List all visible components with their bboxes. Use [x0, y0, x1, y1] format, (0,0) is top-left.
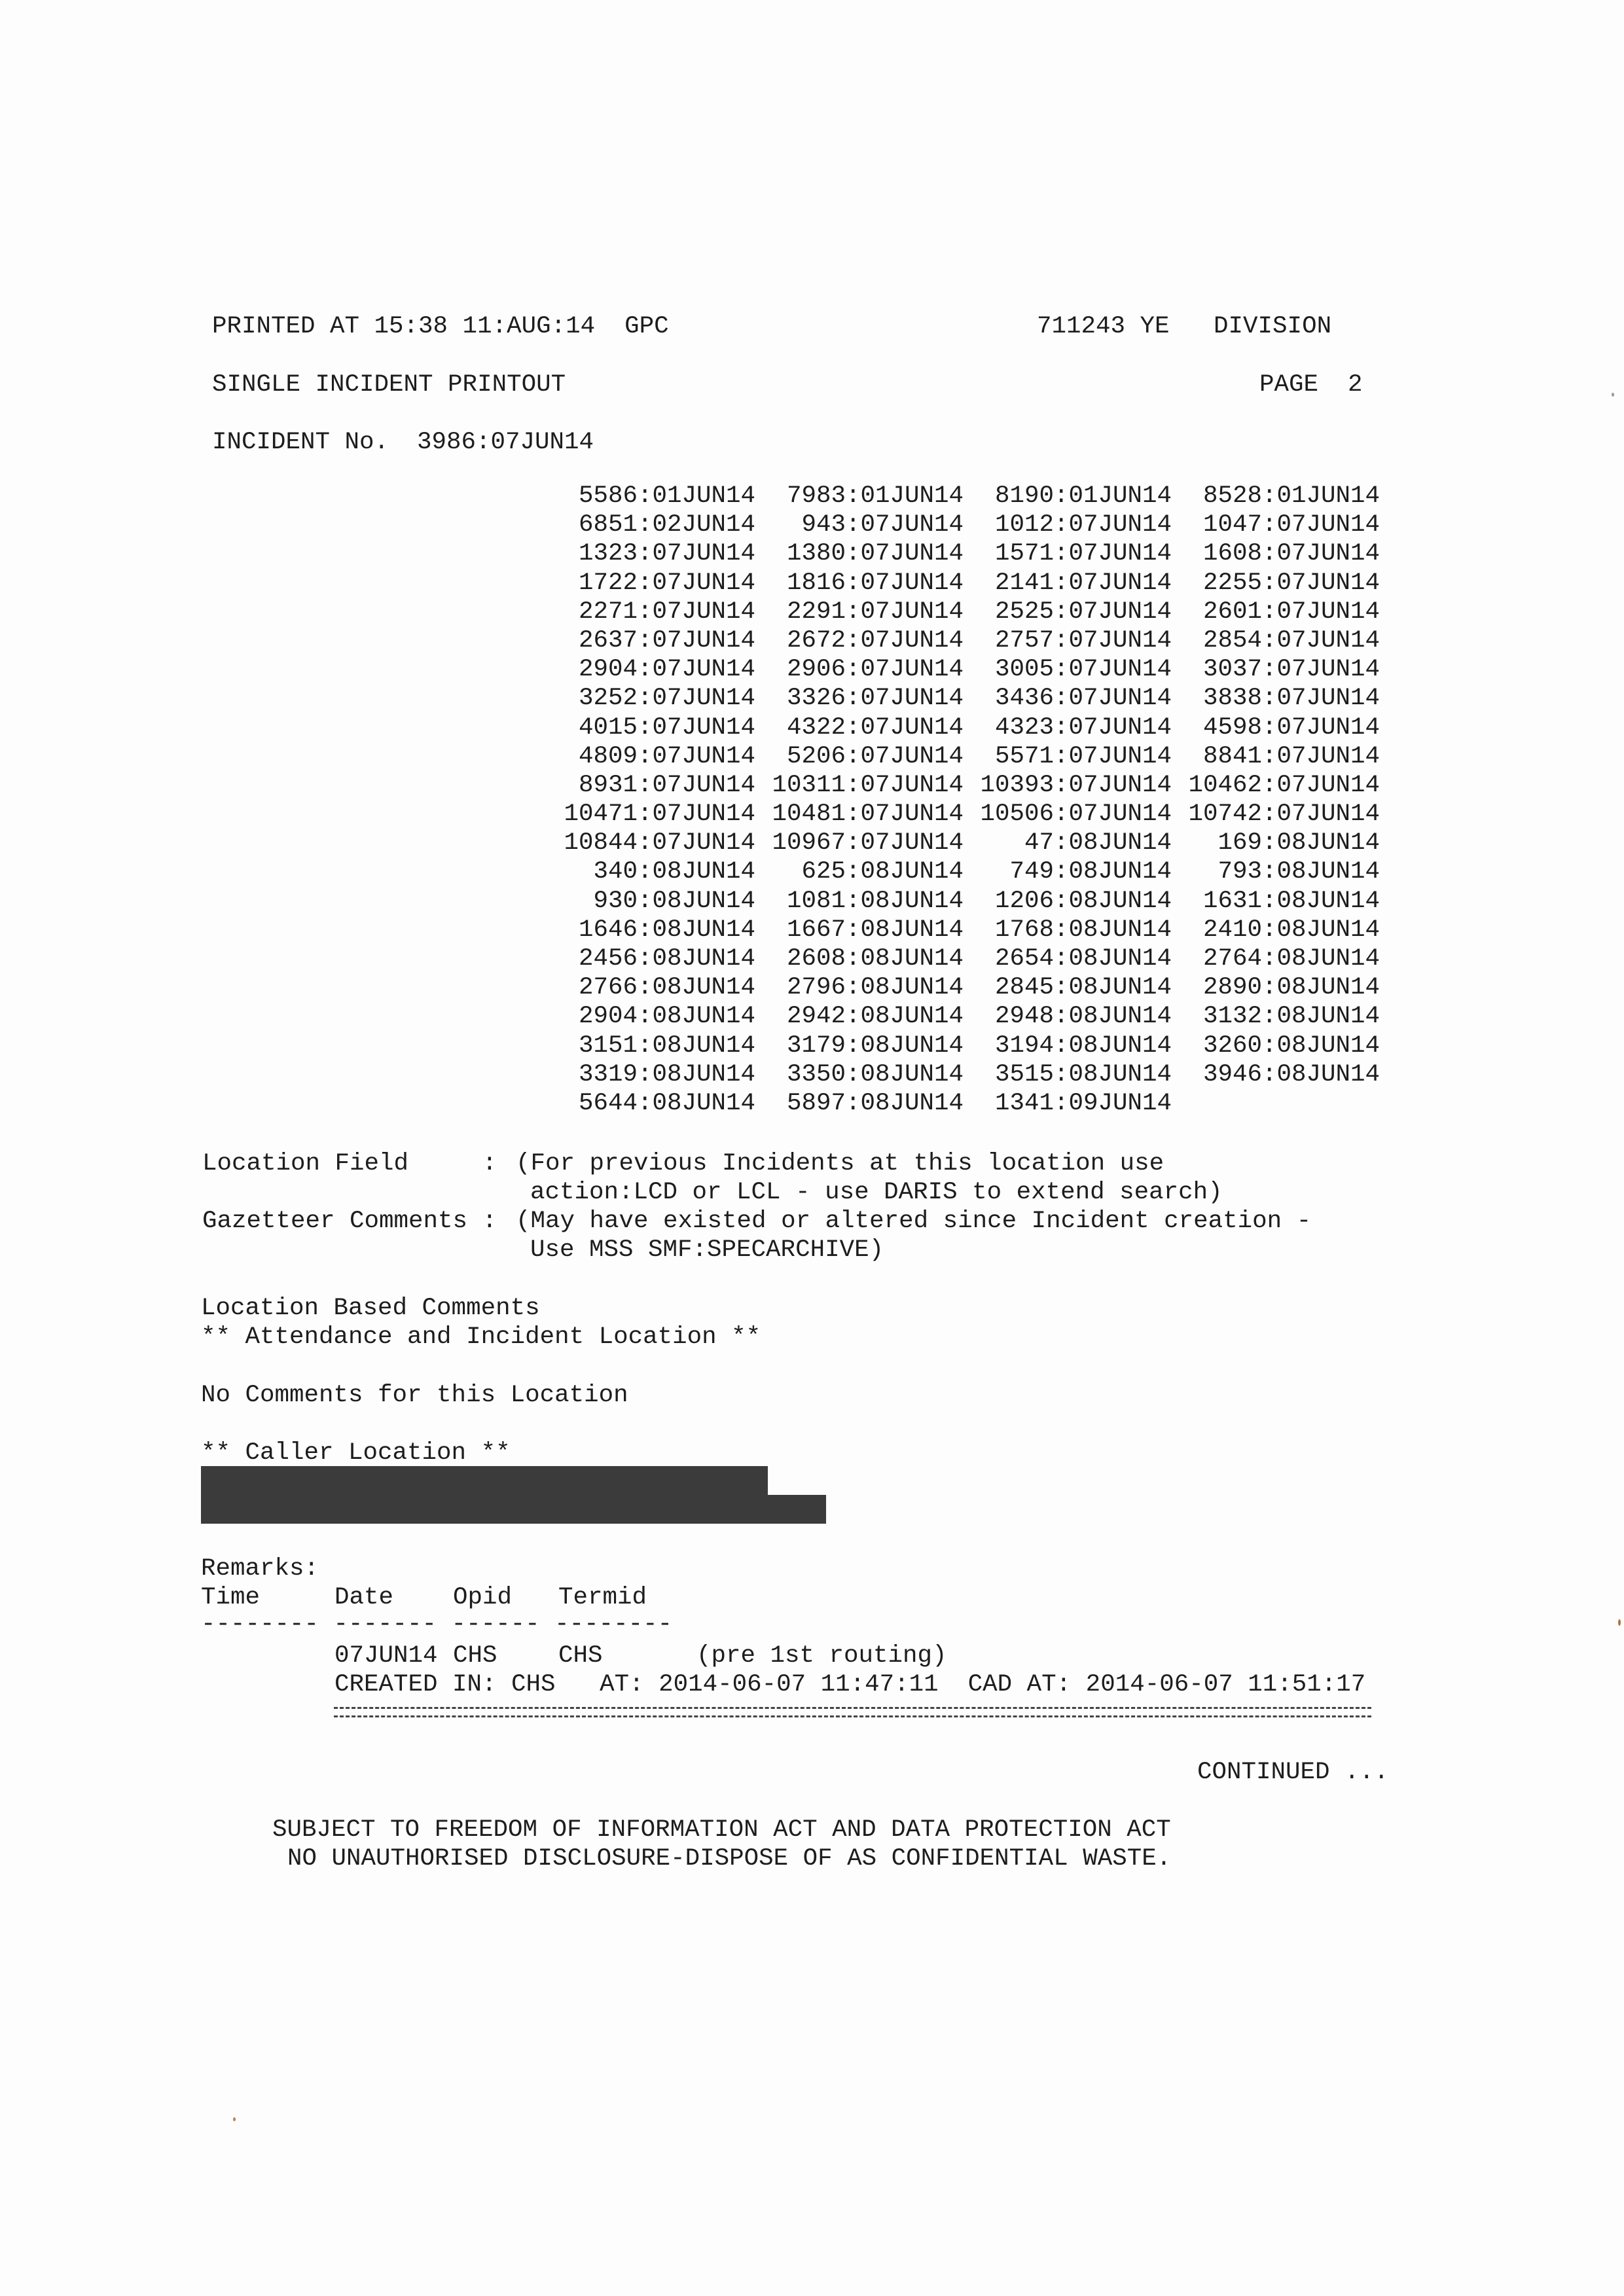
incident-reference: 8528:01JUN14 [1187, 482, 1380, 511]
remarks-col-opid: Opid [453, 1583, 512, 1612]
incident-reference: 3179:08JUN14 [770, 1031, 964, 1060]
page-number: PAGE 2 [1259, 370, 1363, 399]
incident-reference: 2766:08JUN14 [562, 973, 755, 1002]
gazetteer-label: Gazetteer Comments : [202, 1207, 497, 1236]
incident-reference: 3436:07JUN14 [979, 684, 1172, 713]
incident-reference: 930:08JUN14 [562, 887, 755, 916]
remark-opid: CHS [453, 1641, 497, 1670]
incident-reference: 2525:07JUN14 [979, 598, 1172, 626]
incident-reference: 2608:08JUN14 [770, 944, 964, 973]
gazetteer-line1: (May have existed or altered since Incid… [516, 1207, 1311, 1236]
incident-reference: 3132:08JUN14 [1187, 1002, 1380, 1031]
incident-label: INCIDENT No. [212, 428, 389, 457]
incident-reference: 1646:08JUN14 [562, 916, 755, 944]
incident-reference: 10967:07JUN14 [770, 829, 964, 857]
incident-reference: 793:08JUN14 [1187, 857, 1380, 886]
incident-grid-row: 930:08JUN141081:08JUN141206:08JUN141631:… [562, 887, 1395, 916]
incident-reference: 4809:07JUN14 [562, 742, 755, 771]
incident-reference: 8931:07JUN14 [562, 771, 755, 800]
incident-reference: 47:08JUN14 [979, 829, 1172, 857]
incident-reference: 2637:07JUN14 [562, 626, 755, 655]
incident-reference: 3350:08JUN14 [770, 1060, 964, 1089]
location-field-line2: action:LCD or LCL - use DARIS to extend … [530, 1178, 1223, 1207]
incident-grid-row: 3319:08JUN143350:08JUN143515:08JUN143946… [562, 1060, 1395, 1089]
incident-reference: 4598:07JUN14 [1187, 713, 1380, 742]
no-comments-text: No Comments for this Location [201, 1381, 628, 1410]
incident-number: 3986:07JUN14 [417, 428, 594, 457]
incident-reference: 2456:08JUN14 [562, 944, 755, 973]
incident-reference: 3326:07JUN14 [770, 684, 964, 713]
location-field-line1: (For previous Incidents at this location… [516, 1149, 1164, 1178]
incident-reference: 2255:07JUN14 [1187, 569, 1380, 598]
location-based-comments-heading: Location Based Comments [201, 1294, 540, 1323]
incident-reference: 10506:07JUN14 [979, 800, 1172, 829]
incident-grid-row: 4809:07JUN145206:07JUN145571:07JUN148841… [562, 742, 1395, 771]
remark-date: 07JUN14 [334, 1641, 438, 1670]
incident-grid-row: 1646:08JUN141667:08JUN141768:08JUN142410… [562, 916, 1395, 944]
related-incidents-grid: 5586:01JUN147983:01JUN148190:01JUN148528… [562, 482, 1395, 1118]
incident-reference: 10844:07JUN14 [562, 829, 755, 857]
incident-reference: 3838:07JUN14 [1187, 684, 1380, 713]
incident-reference: 10471:07JUN14 [562, 800, 755, 829]
incident-reference: 3515:08JUN14 [979, 1060, 1172, 1089]
gazetteer-line2: Use MSS SMF:SPECARCHIVE) [530, 1236, 884, 1265]
caller-location-heading: ** Caller Location ** [201, 1439, 511, 1467]
incident-reference: 7983:01JUN14 [770, 482, 964, 511]
continued-text: CONTINUED ... [1197, 1758, 1389, 1787]
incident-reference: 6851:02JUN14 [562, 511, 755, 539]
incident-reference: 3252:07JUN14 [562, 684, 755, 713]
incident-reference: 1816:07JUN14 [770, 569, 964, 598]
remarks-dash-line: -------- ------- ------ -------- [201, 1610, 672, 1639]
incident-reference: 4323:07JUN14 [979, 713, 1172, 742]
incident-reference: 2271:07JUN14 [562, 598, 755, 626]
incident-grid-row: 8931:07JUN1410311:07JUN1410393:07JUN1410… [562, 771, 1395, 800]
double-rule-divider [334, 1707, 1371, 1717]
scan-speck [1618, 1619, 1621, 1626]
incident-reference: 8190:01JUN14 [979, 482, 1172, 511]
incident-reference: 10462:07JUN14 [1187, 771, 1380, 800]
incident-reference: 169:08JUN14 [1187, 829, 1380, 857]
created-line: CREATED IN: CHS AT: 2014-06-07 11:47:11 … [334, 1670, 1365, 1699]
incident-reference: 2854:07JUN14 [1187, 626, 1380, 655]
incident-grid-row: 1323:07JUN141380:07JUN141571:07JUN141608… [562, 539, 1395, 568]
incident-reference: 5897:08JUN14 [770, 1089, 964, 1118]
incident-reference: 3194:08JUN14 [979, 1031, 1172, 1060]
incident-reference: 10311:07JUN14 [770, 771, 964, 800]
redacted-caller-location-tail [766, 1495, 826, 1524]
incident-reference: 2906:07JUN14 [770, 655, 964, 684]
incident-reference: 2601:07JUN14 [1187, 598, 1380, 626]
incident-reference: 2948:08JUN14 [979, 1002, 1172, 1031]
incident-grid-row: 1722:07JUN141816:07JUN142141:07JUN142255… [562, 569, 1395, 598]
incident-grid-row: 2637:07JUN142672:07JUN142757:07JUN142854… [562, 626, 1395, 655]
incident-grid-row: 340:08JUN14625:08JUN14749:08JUN14793:08J… [562, 857, 1395, 886]
remarks-col-date: Date [334, 1583, 393, 1612]
incident-reference: 2796:08JUN14 [770, 973, 964, 1002]
incident-reference: 1341:09JUN14 [979, 1089, 1172, 1118]
incident-reference: 2845:08JUN14 [979, 973, 1172, 1002]
remark-note: (pre 1st routing) [696, 1641, 947, 1670]
incident-grid-row: 3252:07JUN143326:07JUN143436:07JUN143838… [562, 684, 1395, 713]
scan-speck [1612, 393, 1614, 397]
incident-grid-row: 2904:08JUN142942:08JUN142948:08JUN143132… [562, 1002, 1395, 1031]
incident-reference: 3319:08JUN14 [562, 1060, 755, 1089]
scan-speck [233, 2117, 236, 2121]
incident-reference: 1380:07JUN14 [770, 539, 964, 568]
incident-reference: 2291:07JUN14 [770, 598, 964, 626]
incident-reference: 10481:07JUN14 [770, 800, 964, 829]
incident-reference: 2764:08JUN14 [1187, 944, 1380, 973]
incident-reference: 1012:07JUN14 [979, 511, 1172, 539]
incident-reference: 5206:07JUN14 [770, 742, 964, 771]
incident-reference: 2904:07JUN14 [562, 655, 755, 684]
document-title: SINGLE INCIDENT PRINTOUT [212, 370, 566, 399]
incident-reference: 340:08JUN14 [562, 857, 755, 886]
incident-reference: 1608:07JUN14 [1187, 539, 1380, 568]
incident-reference: 749:08JUN14 [979, 857, 1172, 886]
incident-reference: 3946:08JUN14 [1187, 1060, 1380, 1089]
document-page: PRINTED AT 15:38 11:AUG:14 GPC 711243 YE… [0, 0, 1624, 2296]
incident-grid-row: 10844:07JUN1410967:07JUN1447:08JUN14169:… [562, 829, 1395, 857]
incident-reference: 3260:08JUN14 [1187, 1031, 1380, 1060]
incident-reference: 8841:07JUN14 [1187, 742, 1380, 771]
incident-reference: 2654:08JUN14 [979, 944, 1172, 973]
remarks-label: Remarks: [201, 1554, 319, 1583]
incident-reference: 4015:07JUN14 [562, 713, 755, 742]
incident-reference: 5571:07JUN14 [979, 742, 1172, 771]
incident-reference: 1323:07JUN14 [562, 539, 755, 568]
location-field-label: Location Field : [202, 1149, 497, 1178]
remarks-col-termid: Termid [558, 1583, 647, 1612]
incident-grid-row: 10471:07JUN1410481:07JUN1410506:07JUN141… [562, 800, 1395, 829]
redacted-caller-location [201, 1466, 768, 1524]
incident-grid-row: 2456:08JUN142608:08JUN142654:08JUN142764… [562, 944, 1395, 973]
incident-reference: 10393:07JUN14 [979, 771, 1172, 800]
incident-grid-row: 6851:02JUN14943:07JUN141012:07JUN141047:… [562, 511, 1395, 539]
incident-reference: 1081:08JUN14 [770, 887, 964, 916]
incident-grid-row: 3151:08JUN143179:08JUN143194:08JUN143260… [562, 1031, 1395, 1060]
incident-reference: 2757:07JUN14 [979, 626, 1172, 655]
remarks-col-time: Time [201, 1583, 260, 1612]
remark-termid: CHS [558, 1641, 603, 1670]
printed-at: PRINTED AT 15:38 11:AUG:14 GPC [212, 312, 669, 341]
incident-grid-row: 4015:07JUN144322:07JUN144323:07JUN144598… [562, 713, 1395, 742]
division-ref: 711243 YE DIVISION [1037, 312, 1331, 341]
incident-reference: 3151:08JUN14 [562, 1031, 755, 1060]
incident-reference: 2942:08JUN14 [770, 1002, 964, 1031]
incident-reference: 1768:08JUN14 [979, 916, 1172, 944]
incident-reference: 5586:01JUN14 [562, 482, 755, 511]
incident-reference: 10742:07JUN14 [1187, 800, 1380, 829]
incident-grid-row: 2271:07JUN142291:07JUN142525:07JUN142601… [562, 598, 1395, 626]
incident-grid-row: 5644:08JUN145897:08JUN141341:09JUN14 [562, 1089, 1395, 1118]
incident-reference: 625:08JUN14 [770, 857, 964, 886]
incident-reference: 2904:08JUN14 [562, 1002, 755, 1031]
incident-reference: 2141:07JUN14 [979, 569, 1172, 598]
attendance-heading: ** Attendance and Incident Location ** [201, 1323, 761, 1352]
incident-reference: 4322:07JUN14 [770, 713, 964, 742]
incident-reference: 1722:07JUN14 [562, 569, 755, 598]
incident-reference: 1571:07JUN14 [979, 539, 1172, 568]
incident-reference: 1206:08JUN14 [979, 887, 1172, 916]
incident-reference: 2890:08JUN14 [1187, 973, 1380, 1002]
incident-reference: 1047:07JUN14 [1187, 511, 1380, 539]
incident-grid-row: 2766:08JUN142796:08JUN142845:08JUN142890… [562, 973, 1395, 1002]
incident-reference: 2672:07JUN14 [770, 626, 964, 655]
incident-reference: 1667:08JUN14 [770, 916, 964, 944]
incident-reference: 3037:07JUN14 [1187, 655, 1380, 684]
incident-grid-row: 5586:01JUN147983:01JUN148190:01JUN148528… [562, 482, 1395, 511]
incident-reference: 3005:07JUN14 [979, 655, 1172, 684]
incident-reference: 1631:08JUN14 [1187, 887, 1380, 916]
incident-reference: 2410:08JUN14 [1187, 916, 1380, 944]
incident-reference: 5644:08JUN14 [562, 1089, 755, 1118]
foi-notice-line1: SUBJECT TO FREEDOM OF INFORMATION ACT AN… [272, 1816, 1171, 1844]
incident-grid-row: 2904:07JUN142906:07JUN143005:07JUN143037… [562, 655, 1395, 684]
foi-notice-line2: NO UNAUTHORISED DISCLOSURE-DISPOSE OF AS… [287, 1844, 1171, 1873]
incident-reference: 943:07JUN14 [770, 511, 964, 539]
